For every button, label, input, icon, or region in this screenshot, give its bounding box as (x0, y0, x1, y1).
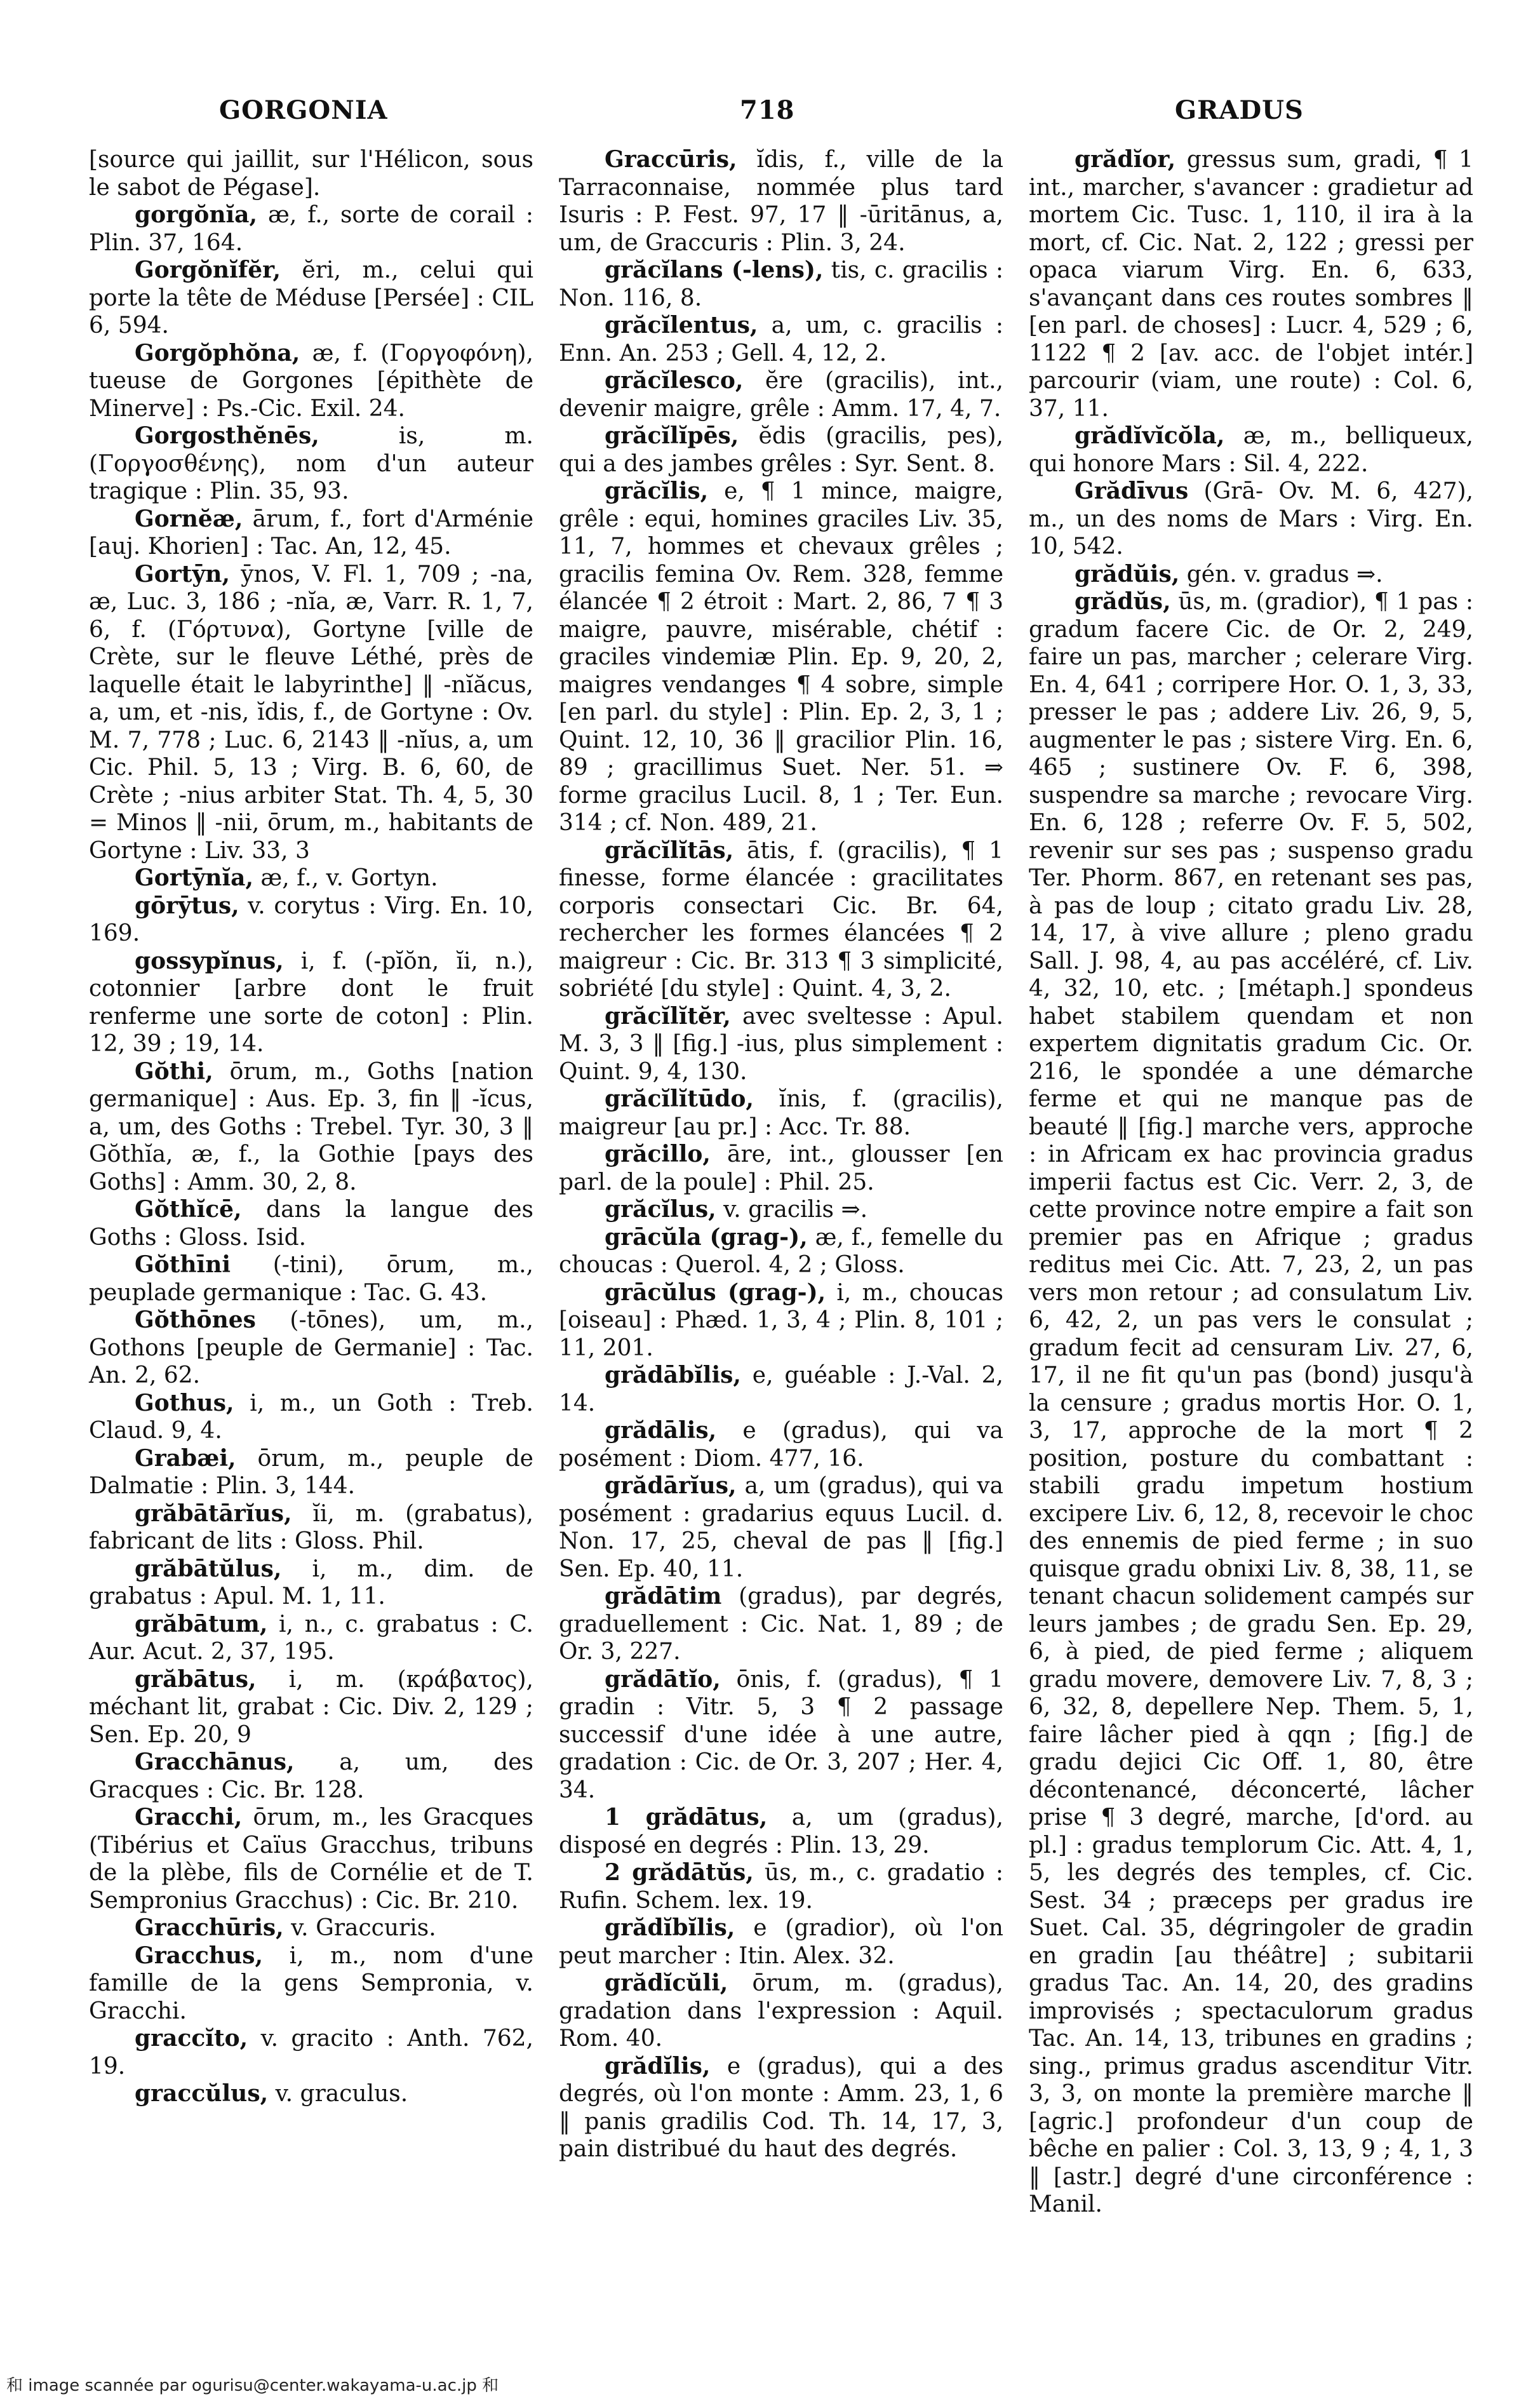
dictionary-entry: grăcĭlentus, a, um, c. gracilis : Enn. A… (559, 312, 1003, 367)
dictionary-entry: grădŭis, gén. v. gradus ⇒. (1029, 561, 1473, 589)
entry-headword: Grabæi, (135, 1445, 236, 1472)
entry-headword: Gortȳnĭa, (135, 864, 253, 891)
entry-definition: e, ¶ 1 mince, maigre, grêle : equi, homi… (559, 478, 1003, 836)
column-2: Graccūris, ĭdis, f., ville de la Tarraco… (559, 146, 1003, 2163)
header-last-word: GRADUS (1175, 95, 1304, 125)
dictionary-entry: Gŏthĭcē, dans la langue des Goths : Glos… (89, 1196, 533, 1251)
entry-headword: 2 grădātŭs, (605, 1859, 754, 1886)
entry-headword: grădĭlis, (605, 2053, 710, 2080)
entry-definition: [source qui jaillit, sur l'Hélicon, sous… (89, 147, 533, 201)
dictionary-entry: grăcĭlus, v. gracilis ⇒. (559, 1196, 1003, 1224)
entry-headword: gōrȳtus, (135, 892, 239, 919)
dictionary-entry: grădātĭo, ōnis, f. (gradus), ¶ 1 gradin … (559, 1666, 1003, 1805)
dictionary-entry: grădātim (gradus), par degrés, graduelle… (559, 1583, 1003, 1666)
entry-headword: grădŭis, (1075, 561, 1179, 588)
dictionary-entry: grăcĭlesco, ĕre (gracilis), int., deveni… (559, 367, 1003, 422)
entry-headword: Gŏthĭcē, (135, 1196, 242, 1223)
page-number: 718 (740, 95, 795, 125)
entry-headword: grăbātŭlus, (135, 1556, 281, 1582)
entry-headword: Gorgosthĕnēs, (135, 422, 319, 449)
entry-headword: grădārĭus, (605, 1472, 737, 1499)
entry-headword: Gracchi, (135, 1804, 242, 1831)
dictionary-entry: Gorgosthĕnēs, is, m. (Γοργοσθένης), nom … (89, 422, 533, 506)
entry-headword: grădātĭo, (605, 1666, 721, 1693)
column-1: [source qui jaillit, sur l'Hélicon, sous… (89, 146, 533, 2108)
dictionary-entry: Grabæi, ōrum, m., peuple de Dalmatie : P… (89, 1445, 533, 1500)
dictionary-entry: grăcillo, āre, int., glousser [en parl. … (559, 1141, 1003, 1196)
dictionary-entry: grădābĭlis, e, guéable : J.-Val. 2, 14. (559, 1362, 1003, 1417)
dictionary-entry: 2 grădātŭs, ūs, m., c. gradatio : Rufin.… (559, 1859, 1003, 1914)
entry-headword: Gortȳn, (135, 561, 230, 588)
entry-headword: Grădīvus (1075, 478, 1188, 504)
dictionary-entry: grăcĭlĭtĕr, avec sveltesse : Apul. M. 3,… (559, 1003, 1003, 1086)
dictionary-entry: grădŭs, ūs, m. (gradior), ¶ 1 pas : grad… (1029, 588, 1473, 2219)
entry-headword: Gornĕæ, (135, 506, 243, 532)
dictionary-entry: Gorgŏnĭfĕr, ĕri, m., celui qui porte la … (89, 257, 533, 340)
entry-headword: 1 grădātus, (605, 1804, 767, 1831)
header-first-word: GORGONIA (219, 95, 388, 125)
entry-headword: grădĭbĭlis, (605, 1914, 735, 1941)
entry-headword: grăcĭlans (-lens), (605, 257, 823, 283)
entry-headword: grădĭvĭcŏla, (1075, 422, 1224, 449)
entry-definition: v. graculus. (268, 2081, 408, 2107)
dictionary-entry: grădĭlis, e (gradus), qui a des degrés, … (559, 2053, 1003, 2163)
dictionary-entry: grăcĭlĭpēs, ĕdis (gracilis, pes), qui a … (559, 422, 1003, 478)
dictionary-entry: gossypĭnus, i, f. (-pĭŏn, ĭi, n.), coton… (89, 948, 533, 1058)
dictionary-entry: graccŭlus, v. graculus. (89, 2080, 533, 2108)
entry-headword: grăbātus, (135, 1666, 257, 1693)
dictionary-entry: Gorgŏphŏna, æ, f. (Γοργοφόνη), tueuse de… (89, 340, 533, 423)
entry-headword: Gorgŏphŏna, (135, 340, 300, 366)
entry-headword: grădābĭlis, (605, 1362, 741, 1388)
entry-headword: grăcĭlĭpēs, (605, 422, 739, 449)
dictionary-entry: Grădīvus (Grā- Ov. M. 6, 427), m., un de… (1029, 478, 1473, 561)
dictionary-entry: Gŏthīni (-tini), ōrum, m., peuplade germ… (89, 1251, 533, 1307)
entry-definition: gén. v. gradus ⇒. (1179, 561, 1383, 588)
dictionary-entry: grădĭbĭlis, e (gradior), où l'on peut ma… (559, 1914, 1003, 1970)
entry-headword: Gŏthōnes (135, 1307, 256, 1333)
dictionary-entry: Gŏthi, ōrum, m., Goths [nation germaniqu… (89, 1058, 533, 1197)
entry-definition: æ, f., v. Gortyn. (253, 865, 438, 891)
dictionary-entry: grăcĭlans (-lens), tis, c. gracilis : No… (559, 257, 1003, 312)
entry-definition: ȳnos, V. Fl. 1, 709 ; -na, æ, Luc. 3, 18… (89, 561, 533, 864)
entry-headword: grăcĭlĭtūdo, (605, 1085, 754, 1112)
entry-headword: grăcĭlĭtās, (605, 837, 733, 864)
dictionary-entry: gorgŏnĭa, æ, f., sorte de corail : Plin.… (89, 201, 533, 257)
dictionary-entry: grăcĭlĭtās, ātis, f. (gracilis), ¶ 1 fin… (559, 837, 1003, 1003)
dictionary-entry: grācŭla (grag-), æ, f., femelle du chouc… (559, 1224, 1003, 1279)
running-header: GORGONIA 718 GRADUS (0, 95, 1540, 140)
entry-headword: grădālis, (605, 1417, 716, 1444)
entry-headword: grădātim (605, 1583, 721, 1610)
dictionary-entry: Gortȳn, ȳnos, V. Fl. 1, 709 ; -na, æ, Lu… (89, 561, 533, 865)
dictionary-entry: grăbātārĭus, ĭi, m. (grabatus), fabrican… (89, 1500, 533, 1556)
entry-headword: Gorgŏnĭfĕr, (135, 257, 281, 283)
entry-definition: ūs, m. (gradior), ¶ 1 pas : gradum facer… (1029, 589, 1473, 2217)
entry-headword: graccŭlus, (135, 2080, 268, 2107)
scan-credit: 和 image scannée par ogurisu@center.wakay… (0, 2372, 499, 2396)
dictionary-entry: [source qui jaillit, sur l'Hélicon, sous… (89, 146, 533, 201)
entry-headword: Graccūris, (605, 146, 737, 173)
dictionary-entry: grăcĭlĭtūdo, ĭnis, f. (gracilis), maigre… (559, 1085, 1003, 1141)
dictionary-entry: graccĭto, v. gracito : Anth. 762, 19. (89, 2025, 533, 2080)
entry-headword: gorgŏnĭa, (135, 201, 257, 228)
entry-headword: Gŏthīni (135, 1251, 231, 1278)
entry-headword: grācŭla (grag-), (605, 1224, 808, 1251)
entry-headword: grăcĭlis, (605, 478, 708, 504)
entry-headword: grăcĭlesco, (605, 367, 743, 394)
dictionary-entry: Graccūris, ĭdis, f., ville de la Tarraco… (559, 146, 1003, 257)
dictionary-entry: grăcĭlis, e, ¶ 1 mince, maigre, grêle : … (559, 478, 1003, 837)
entry-headword: grăcillo, (605, 1141, 711, 1167)
dictionary-entry: Gracchānus, a, um, des Gracques : Cic. B… (89, 1749, 533, 1804)
entry-headword: Gŏthi, (135, 1058, 213, 1085)
dictionary-entry: grădĭor, gressus sum, gradi, ¶ 1 int., m… (1029, 146, 1473, 422)
dictionary-entry: Gothus, i, m., un Goth : Treb. Claud. 9,… (89, 1390, 533, 1445)
dictionary-entry: Gornĕæ, ārum, f., fort d'Arménie [auj. K… (89, 506, 533, 561)
entry-headword: Gothus, (135, 1390, 234, 1416)
dictionary-entry: grăbātus, i, m. (κράβατος), méchant lit,… (89, 1666, 533, 1749)
entry-headword: graccĭto, (135, 2025, 248, 2052)
entry-headword: Gracchānus, (135, 1749, 295, 1775)
entry-headword: grădŭs, (1075, 588, 1171, 615)
dictionary-entry: grădĭcŭli, ōrum, m. (gradus), gradation … (559, 1970, 1003, 2053)
dictionary-entry: grācŭlus (grag-), i, m., choucas [oiseau… (559, 1279, 1003, 1362)
dictionary-entry: gōrȳtus, v. corytus : Virg. En. 10, 169. (89, 892, 533, 948)
dictionary-entry: Gracchūris, v. Graccuris. (89, 1914, 533, 1942)
dictionary-entry: Gŏthōnes (-tōnes), um, m., Gothons [peup… (89, 1307, 533, 1390)
dictionary-entry: grăbātŭlus, i, m., dim. de grabatus : Ap… (89, 1556, 533, 1611)
entry-headword: grădĭcŭli, (605, 1970, 728, 1996)
entry-headword: Gracchus, (135, 1942, 263, 1969)
entry-headword: grăbātārĭus, (135, 1500, 292, 1527)
entry-headword: grācŭlus (grag-), (605, 1279, 826, 1306)
entry-definition: v. Graccuris. (284, 1915, 436, 1941)
entry-headword: grădĭor, (1075, 146, 1175, 173)
dictionary-entry: Gracchi, ōrum, m., les Gracques (Tibériu… (89, 1804, 533, 1914)
entry-definition: v. gracilis ⇒. (716, 1197, 867, 1223)
dictionary-entry: grădārĭus, a, um (gradus), qui va poséme… (559, 1472, 1003, 1583)
entry-definition: gressus sum, gradi, ¶ 1 int., marcher, s… (1029, 147, 1473, 422)
entry-headword: grăbātum, (135, 1611, 267, 1637)
entry-headword: grăcĭlentus, (605, 312, 758, 339)
dictionary-entry: grădĭvĭcŏla, æ, m., belliqueux, qui hono… (1029, 422, 1473, 478)
dictionary-entry: 1 grădātus, a, um (gradus), disposé en d… (559, 1804, 1003, 1859)
dictionary-entry: Gracchus, i, m., nom d'une famille de la… (89, 1942, 533, 2026)
entry-headword: Gracchūris, (135, 1914, 284, 1941)
entry-headword: grăcĭlus, (605, 1196, 716, 1223)
dictionary-entry: grădālis, e (gradus), qui va posément : … (559, 1417, 1003, 1472)
entry-headword: grăcĭlĭtĕr, (605, 1003, 731, 1030)
dictionary-entry: Gortȳnĭa, æ, f., v. Gortyn. (89, 864, 533, 892)
column-3: grădĭor, gressus sum, gradi, ¶ 1 int., m… (1029, 146, 1473, 2219)
dictionary-entry: grăbātum, i, n., c. grabatus : C. Aur. A… (89, 1611, 533, 1666)
entry-headword: gossypĭnus, (135, 948, 284, 974)
